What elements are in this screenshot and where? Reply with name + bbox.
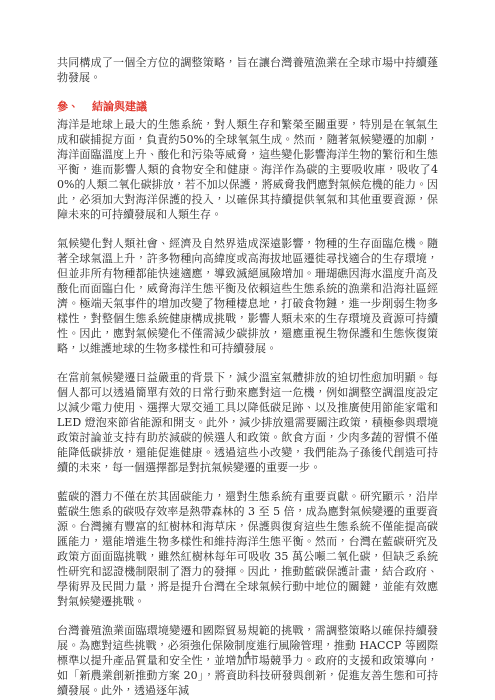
paragraph-intro: 共同構成了一個全方位的調整策略，旨在讓台灣養殖漁業在全球市場中持續蓬勃發展。 xyxy=(57,55,438,85)
paragraph-blue-carbon: 藍碳的潛力不僅在於其固碳能力，還對生態系統有重要貢獻。研究顯示，沿岸藍碳生態系的… xyxy=(57,489,438,609)
section-heading-number: 參、 xyxy=(57,99,79,114)
paragraph-climate-species: 氣候變化對人類社會、經濟及自然界造成深遠影響，物種的生存面臨危機。隨著全球氣溫上… xyxy=(57,236,438,356)
document-page: 共同構成了一個全方位的調整策略，旨在讓台灣養殖漁業在全球市場中持續蓬勃發展。 參… xyxy=(0,0,495,700)
paragraph-emission-reduction: 在當前氣候變遷日益嚴重的背景下，減少溫室氣體排放的迫切性愈加明顯。每個人都可以透… xyxy=(57,370,438,475)
section-heading-title: 結論與建議 xyxy=(92,100,147,113)
section-heading: 參、結論與建議 xyxy=(57,99,438,114)
page-number: - 4 - xyxy=(0,649,495,664)
paragraph-ocean-ecosystem: 海洋是地球上最大的生態系統，對人類生存和繁榮至關重要，特別是在氧氣生成和碳捕捉方… xyxy=(57,117,438,222)
